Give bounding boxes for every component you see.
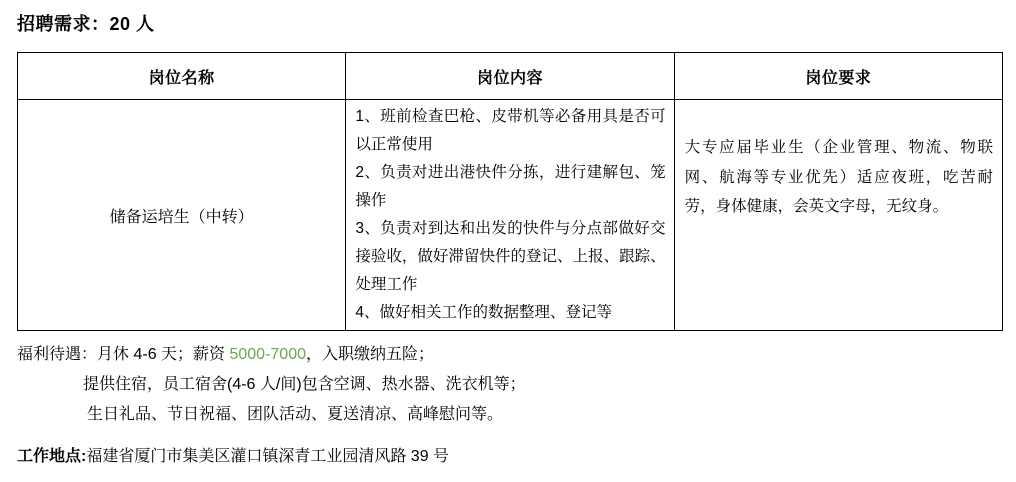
benefits-section: 福利待遇：月休 4-6 天；薪资 5000-7000，入职缴纳五险； 提供住宿，…	[17, 340, 1000, 430]
work-location-label: 工作地点:	[17, 448, 86, 465]
duty-item: 1、班前检查巴枪、皮带机等必备用具是否可以正常使用	[355, 103, 665, 159]
benefits-line-2: 提供住宿，员工宿舍(4-6 人/间)包含空调、热水器、洗衣机等；	[17, 370, 1000, 400]
job-table: 岗位名称 岗位内容 岗位要求 储备运培生（中转） 1、班前检查巴枪、皮带机等必备…	[17, 52, 1003, 331]
recruitment-document: 招聘需求：20 人 岗位名称 岗位内容 岗位要求 储备运培生（中转） 1、班前检…	[0, 0, 1016, 468]
column-header-duties: 岗位内容	[346, 53, 674, 100]
benefits-line-3: 生日礼品、节日祝福、团队活动、夏送清凉、高峰慰问等。	[17, 400, 1000, 430]
benefits-line-1: 福利待遇：月休 4-6 天；薪资 5000-7000，入职缴纳五险；	[17, 340, 1000, 370]
table-header-row: 岗位名称 岗位内容 岗位要求	[18, 53, 1003, 100]
position-name-cell: 储备运培生（中转）	[18, 100, 346, 331]
benefits-label: 福利待遇：	[17, 346, 97, 363]
duty-item: 2、负责对进出港快件分拣，进行建解包、笼操作	[355, 159, 665, 215]
duty-item: 4、做好相关工作的数据整理、登记等	[355, 299, 665, 327]
column-header-position: 岗位名称	[18, 53, 346, 100]
position-duties-cell: 1、班前检查巴枪、皮带机等必备用具是否可以正常使用 2、负责对进出港快件分拣，进…	[346, 100, 674, 331]
benefits-line1-post: ，入职缴纳五险；	[306, 346, 434, 363]
column-header-requirements: 岗位要求	[674, 53, 1002, 100]
position-requirements-cell: 大专应届毕业生（企业管理、物流、物联网、航海等专业优先）适应夜班，吃苦耐劳，身体…	[674, 100, 1002, 331]
table-row: 储备运培生（中转） 1、班前检查巴枪、皮带机等必备用具是否可以正常使用 2、负责…	[18, 100, 1003, 331]
page-title: 招聘需求：20 人	[17, 13, 1000, 35]
work-location-value: 福建省厦门市集美区灌口镇深青工业园清风路 39 号	[86, 448, 449, 465]
work-location-line: 工作地点:福建省厦门市集美区灌口镇深青工业园清风路 39 号	[17, 446, 1000, 468]
duty-item: 3、负责对到达和出发的快件与分点部做好交接验收，做好滞留快件的登记、上报、跟踪、…	[355, 215, 665, 299]
benefits-line1-pre: 月休 4-6 天；薪资	[97, 346, 229, 363]
salary-range-highlight: 5000-7000	[229, 346, 306, 363]
